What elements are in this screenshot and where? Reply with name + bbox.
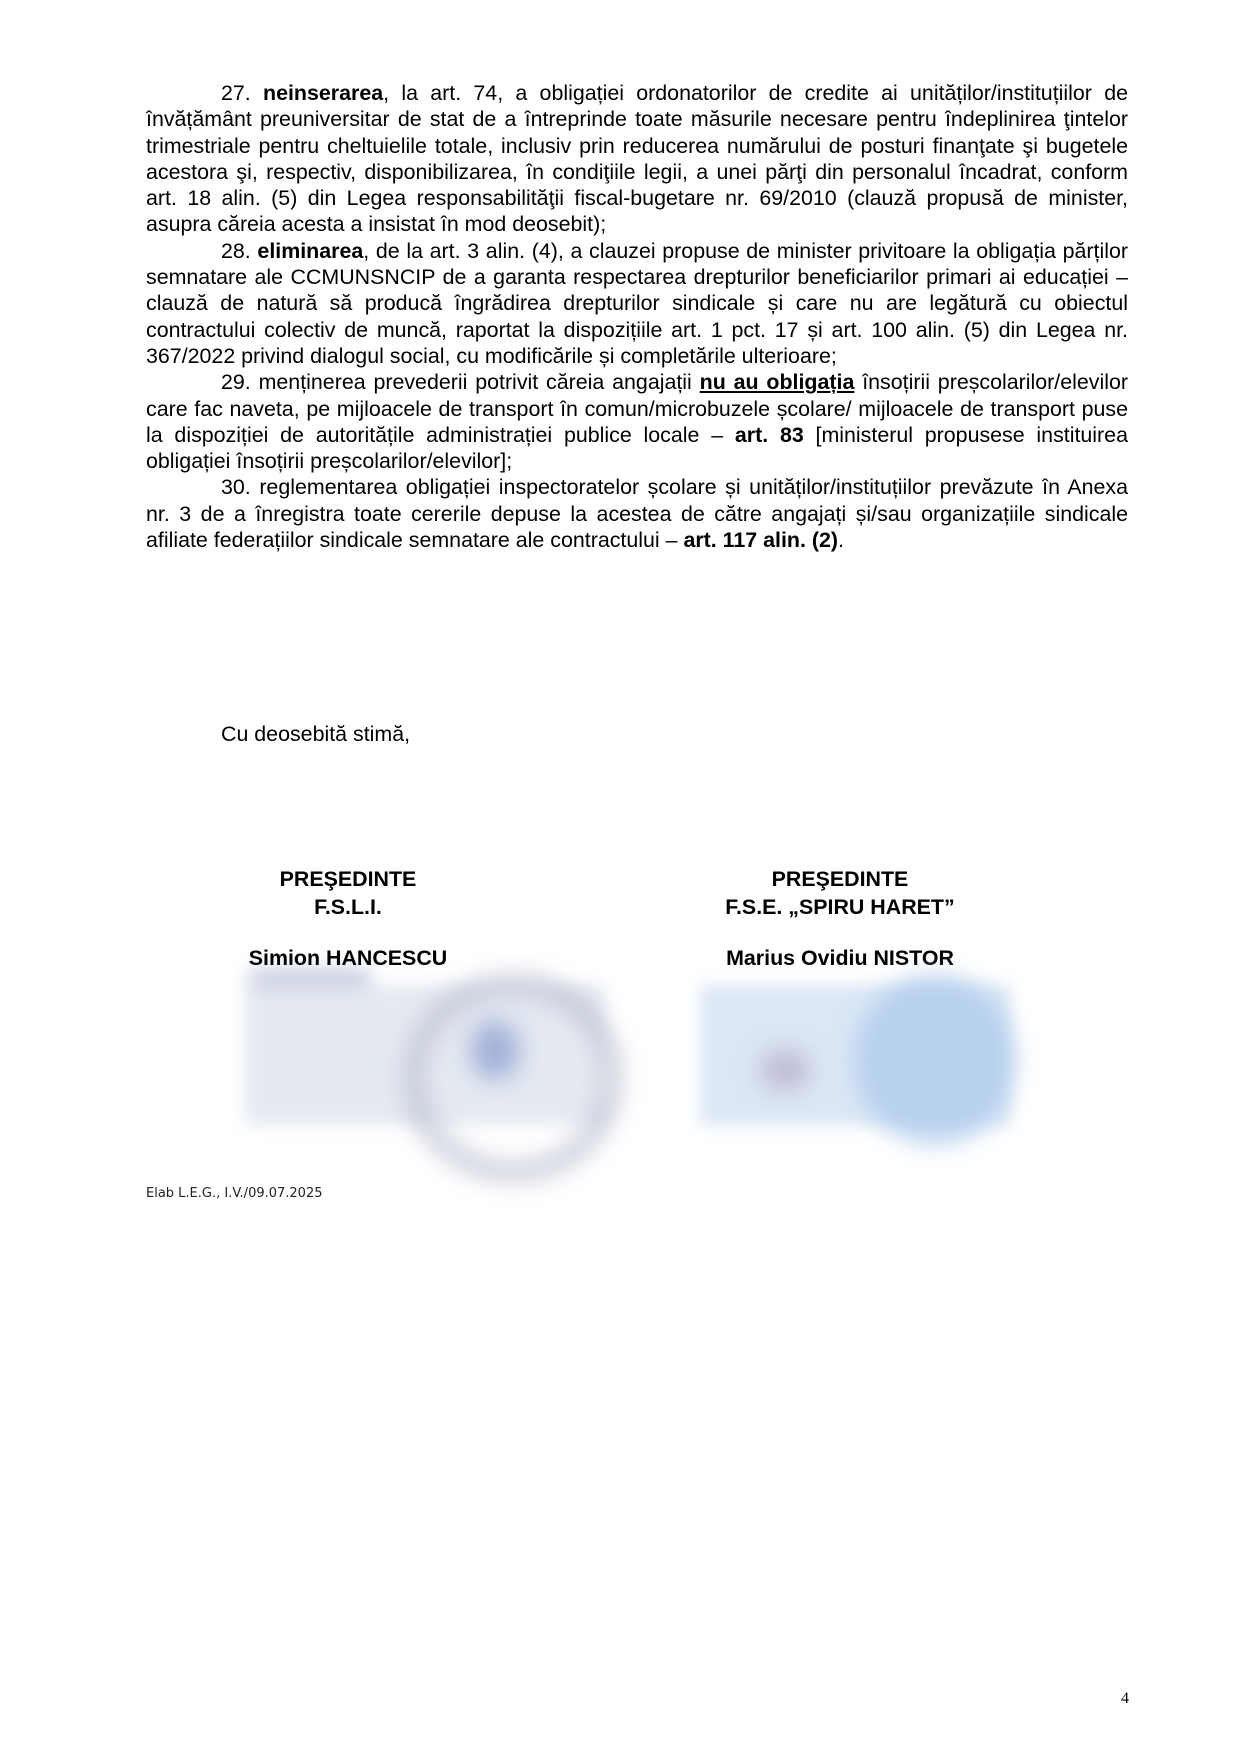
paragraph-28: 28. eliminarea, de la art. 3 alin. (4), … <box>146 238 1128 369</box>
stamp-seal-left-icon <box>405 975 621 1181</box>
keyword: eliminarea <box>257 239 363 263</box>
signatory-title: PREŞEDINTE <box>680 865 1000 893</box>
paragraph-30: 30. reglementarea obligației inspectorat… <box>146 474 1128 553</box>
signatory-org: F.S.L.I. <box>218 893 478 921</box>
paragraph-27: 27. neinserarea, la art. 74, a obligație… <box>146 80 1128 238</box>
closing-salutation: Cu deosebită stimă, <box>221 722 410 747</box>
footer-note: Elab L.E.G., I.V./09.07.2025 <box>146 1186 323 1201</box>
paragraph-29: 29. menținerea prevederii potrivit cărei… <box>146 369 1128 474</box>
article-ref: art. 117 alin. (2) <box>683 528 838 552</box>
signature-stroke-icon <box>250 975 370 980</box>
signature-block-right: PREŞEDINTE F.S.E. „SPIRU HARET” Marius O… <box>680 865 1000 972</box>
stamp-seal-right-icon <box>855 975 1015 1145</box>
stamp-seal-center-icon <box>470 1020 520 1080</box>
signatory-name: Marius Ovidiu NISTOR <box>680 944 1000 972</box>
signature-mark-icon <box>760 1050 810 1090</box>
signatory-title: PREŞEDINTE <box>218 865 478 893</box>
page-number: 4 <box>1121 1690 1129 1708</box>
document-body: 27. neinserarea, la art. 74, a obligație… <box>146 80 1128 553</box>
emphasis-underlined: nu au obligația <box>700 370 855 394</box>
signature-block-left: PREŞEDINTE F.S.L.I. Simion HANCESCU <box>218 865 478 972</box>
article-ref: art. 83 <box>735 423 804 447</box>
signatory-name: Simion HANCESCU <box>218 944 478 972</box>
signatory-org: F.S.E. „SPIRU HARET” <box>680 893 1000 921</box>
keyword: neinserarea <box>263 81 383 105</box>
